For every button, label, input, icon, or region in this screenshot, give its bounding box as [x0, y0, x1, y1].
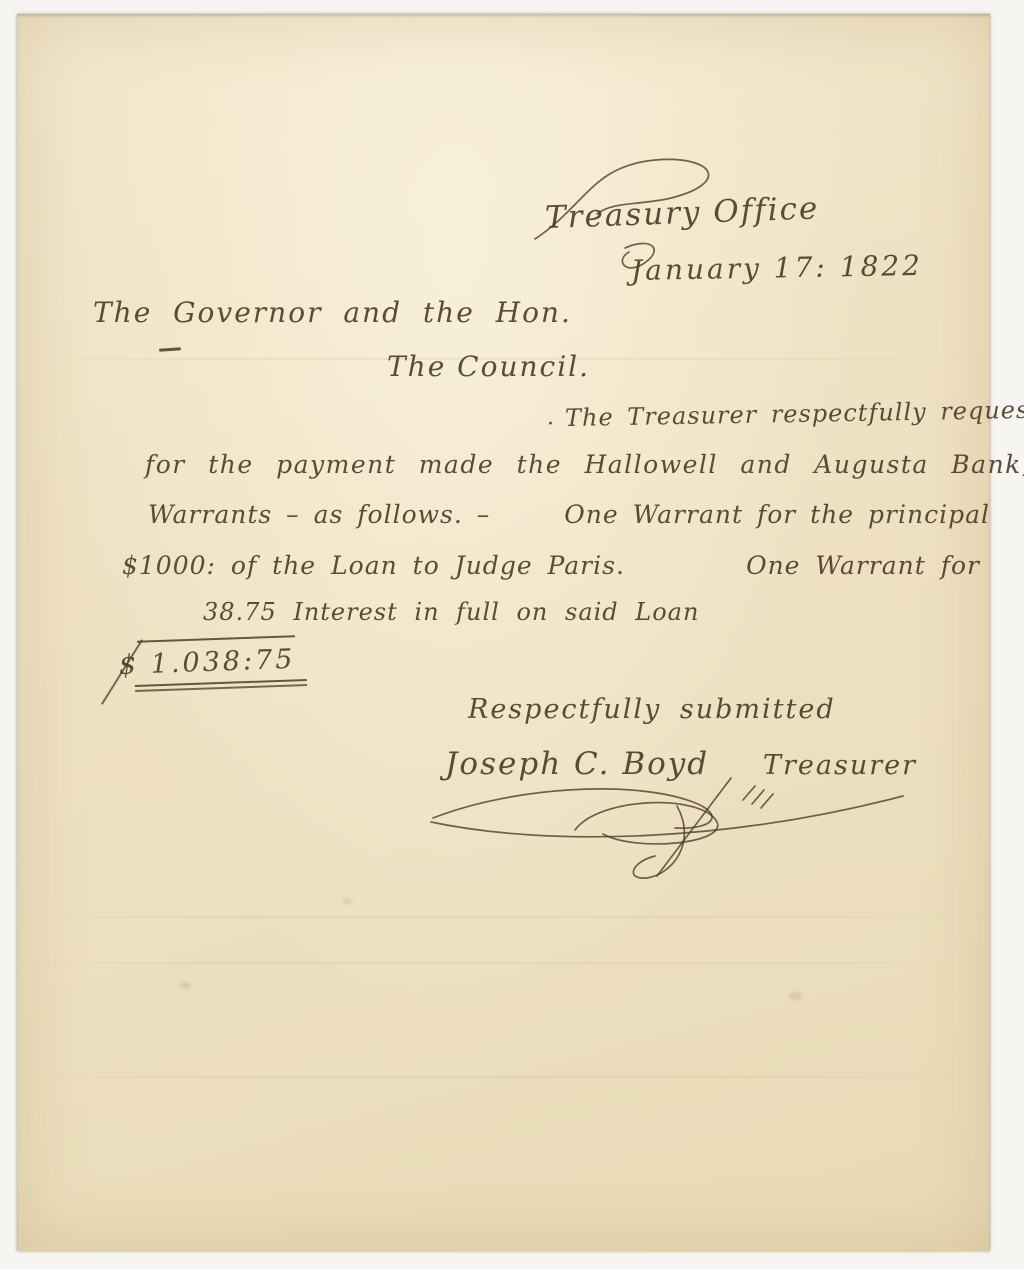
body-line-request: The Treasurer respectfully requests [565, 395, 1024, 432]
signature-flourish [425, 772, 915, 882]
body-line-warrants-right: One Warrant for the principal [564, 500, 990, 529]
paper-smudge [179, 982, 191, 989]
body-line-principal-left: $1000: of the Loan to Judge Paris. [122, 551, 625, 580]
paper-smudge [343, 898, 352, 904]
paper-crease [17, 962, 990, 964]
paper-crease [17, 358, 990, 360]
total-rule-bottom [135, 679, 307, 692]
signature-name: Joseph C. Boyd [445, 746, 709, 782]
total-amount: $ 1.038:75 [118, 644, 295, 681]
scanned-letter: Treasury Office January 17: 1822 The Gov… [0, 0, 1024, 1269]
paper-smudge [789, 992, 802, 1000]
body-line-payment: for the payment made the Hallowell and A… [145, 450, 1024, 479]
recipient-dash [159, 347, 181, 352]
body-line-principal: $1000: of the Loan to Judge Paris. One W… [122, 551, 980, 580]
closing-line: Respectfully submitted [468, 694, 836, 725]
signature-line: Joseph C. Boyd Treasurer [445, 746, 917, 782]
recipient-line-council: The Council. [387, 350, 590, 383]
recipient-line-governor: The Governor and the Hon. [93, 296, 572, 329]
header-date-line: January 17: 1822 [631, 249, 924, 287]
body-line-warrants: Warrants – as follows. – One Warrant for… [148, 500, 990, 529]
body-line-principal-right: One Warrant for [746, 551, 980, 580]
body-line-interest: 38.75 Interest in full on said Loan [203, 598, 699, 626]
letter-paper: Treasury Office January 17: 1822 The Gov… [17, 14, 990, 1251]
header-office-line: Treasury Office [544, 190, 819, 236]
paper-crease [17, 1076, 990, 1078]
signature-title: Treasurer [763, 750, 917, 781]
paper-crease [17, 916, 990, 918]
body-line-warrants-left: Warrants – as follows. – [148, 500, 490, 529]
body-lead-mark: · [547, 412, 554, 437]
total-rule-top [137, 635, 295, 643]
